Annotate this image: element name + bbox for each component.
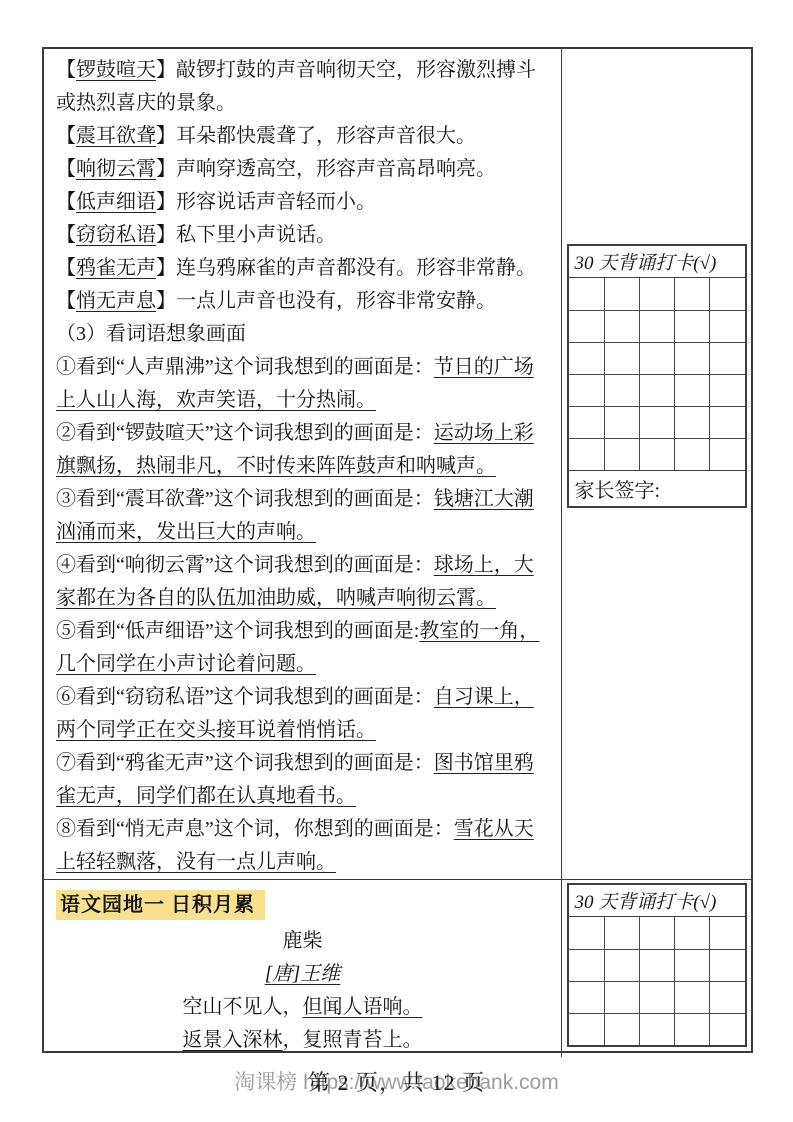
punch-cell: [604, 1013, 639, 1045]
vocab-content: 【锣鼓喧天】敲锣打鼓的声音响彻天空，形容激烈搏斗或热烈喜庆的景象。【震耳欲聋】耳…: [44, 49, 561, 879]
punch-cell: [674, 342, 709, 374]
punch-card-1: 30 天背诵打卡(√) 家长签字:: [567, 244, 747, 508]
punch-cell: [709, 310, 744, 342]
exercise-item: ⑦看到“鸦雀无声”这个词我想到的画面是：图书馆里鸦雀无声，同学们都在认真地看书。: [56, 747, 549, 813]
punch-cell: [569, 917, 604, 949]
section-heading: 语文园地一 日积月累: [56, 890, 265, 920]
definition-text: 形容说话声音轻而小。: [176, 191, 376, 213]
definition-term: 震耳欲聋: [76, 125, 156, 147]
definition-term: 窃窃私语: [76, 224, 156, 246]
poem-author: [唐]王维: [56, 958, 549, 991]
punch-column-1: 30 天背诵打卡(√) 家长签字:: [561, 49, 751, 879]
exercise-item: ⑧看到“悄无声息”这个词，你想到的画面是：雪花从天上轻轻飘落，没有一点儿声响。: [56, 813, 549, 879]
punch-cell: [569, 438, 604, 470]
bracket-close: 】: [156, 290, 176, 312]
exercise-item-prompt: ⑦看到“鸦雀无声”这个词我想到的画面是：: [56, 752, 434, 774]
punch-cell: [604, 949, 639, 981]
punch-cell: [639, 310, 674, 342]
exercise-item-prompt: ⑤看到“低声细语”这个词我想到的画面是:: [56, 620, 419, 642]
exercise-item-prompt: ④看到“响彻云霄”这个词我想到的画面是：: [56, 554, 434, 576]
punch-cell: [674, 406, 709, 438]
punch-card-title: 30 天背诵打卡(√): [569, 885, 745, 917]
definition-term: 锣鼓喧天: [76, 59, 156, 81]
definition-term: 低声细语: [76, 191, 156, 213]
exercise-item-prompt: ⑧看到“悄无声息”这个词，你想到的画面是：: [56, 818, 454, 840]
bracket-close: 】: [156, 191, 176, 213]
punch-cell: [569, 374, 604, 406]
punch-cell: [674, 917, 709, 949]
punch-cell: [709, 981, 744, 1013]
bracket-close: 】: [156, 158, 176, 180]
punch-cell: [569, 1013, 604, 1045]
punch-cell: [569, 310, 604, 342]
punch-cell: [709, 342, 744, 374]
punch-card-2: 30 天背诵打卡(√): [567, 883, 747, 1047]
punch-cell: [569, 278, 604, 310]
worksheet-table: 【锣鼓喧天】敲锣打鼓的声音响彻天空，形容激烈搏斗或热烈喜庆的景象。【震耳欲聋】耳…: [42, 47, 753, 1053]
punch-cell: [639, 278, 674, 310]
vocab-row: 【锣鼓喧天】敲锣打鼓的声音响彻天空，形容激烈搏斗或热烈喜庆的景象。【震耳欲聋】耳…: [44, 49, 751, 879]
bracket-close: 】: [156, 257, 176, 279]
punch-cell: [604, 342, 639, 374]
punch-cell: [674, 438, 709, 470]
punch-cell: [709, 1013, 744, 1045]
definition-term: 鸦雀无声: [76, 257, 156, 279]
section-heading-row: 语文园地一 日积月累: [56, 887, 549, 925]
punch-cell: [604, 917, 639, 949]
poem-line-1: 空山不见人，但闻人语响。: [56, 991, 549, 1024]
poem-line-2: 返景入深林，复照青苔上。: [56, 1024, 549, 1057]
punch-cell: [709, 406, 744, 438]
punch-cell: [674, 1013, 709, 1045]
bracket-open: 【: [56, 59, 76, 81]
page-number: 第 2 页，共 12 页: [0, 1066, 793, 1097]
punch-cell: [674, 310, 709, 342]
punch-cell: [639, 438, 674, 470]
bracket-close: 】: [156, 224, 176, 246]
poem-line-2-underlined: 返景入深林: [183, 1029, 283, 1051]
punch-cell: [604, 981, 639, 1013]
definition-text: 耳朵都快震聋了，形容声音很大。: [176, 125, 476, 147]
exercise-item-prompt: ⑥看到“窃窃私语”这个词我想到的画面是：: [56, 686, 434, 708]
punch-card-title: 30 天背诵打卡(√): [569, 246, 745, 278]
definition-text: 声响穿透高空，形容声音高昂响亮。: [176, 158, 496, 180]
punch-cell: [639, 406, 674, 438]
bracket-open: 【: [56, 158, 76, 180]
bracket-close: 】: [156, 59, 176, 81]
exercise-heading: （3）看词语想象画面: [56, 318, 549, 351]
bracket-close: 】: [156, 125, 176, 147]
punch-cell: [639, 949, 674, 981]
punch-cell: [674, 278, 709, 310]
punch-cell: [639, 917, 674, 949]
bracket-open: 【: [56, 191, 76, 213]
exercise-item-prompt: ③看到“震耳欲聋”这个词我想到的画面是：: [56, 488, 434, 510]
bracket-open: 【: [56, 224, 76, 246]
exercise-item: ②看到“锣鼓喧天”这个词我想到的画面是：运动场上彩旗飘扬，热闹非凡，不时传来阵阵…: [56, 417, 549, 483]
punch-cell: [604, 374, 639, 406]
punch-cell: [674, 949, 709, 981]
exercise-item-prompt: ②看到“锣鼓喧天”这个词我想到的画面是：: [56, 422, 434, 444]
definition-entry: 【悄无声息】一点儿声音也没有，形容非常安静。: [56, 285, 549, 318]
definition-entry: 【低声细语】形容说话声音轻而小。: [56, 186, 549, 219]
punch-cell: [569, 981, 604, 1013]
exercise-item: ③看到“震耳欲聋”这个词我想到的画面是：钱塘江大潮汹涌而来，发出巨大的声响。: [56, 483, 549, 549]
punch-column-2: 30 天背诵打卡(√): [561, 880, 751, 1057]
definition-entry: 【窃窃私语】私下里小声说话。: [56, 219, 549, 252]
definition-term: 悄无声息: [76, 290, 156, 312]
definition-text: 一点儿声音也没有，形容非常安静。: [176, 290, 496, 312]
punch-cell: [709, 949, 744, 981]
punch-cell: [569, 949, 604, 981]
definition-entry: 【震耳欲聋】耳朵都快震聋了，形容声音很大。: [56, 120, 549, 153]
punch-cell: [569, 406, 604, 438]
definition-entry: 【响彻云霄】声响穿透高空，形容声音高昂响亮。: [56, 153, 549, 186]
bracket-open: 【: [56, 290, 76, 312]
punch-cell: [569, 342, 604, 374]
punch-cell: [709, 438, 744, 470]
punch-cell: [604, 278, 639, 310]
poem-content: 语文园地一 日积月累 鹿柴 [唐]王维 空山不见人，但闻人语响。 返景入深林，复…: [44, 880, 561, 1057]
definition-text: 连乌鸦麻雀的声音都没有。形容非常静。: [176, 257, 536, 279]
bracket-open: 【: [56, 125, 76, 147]
definition-entry: 【锣鼓喧天】敲锣打鼓的声音响彻天空，形容激烈搏斗或热烈喜庆的景象。: [56, 54, 549, 120]
definition-entry: 【鸦雀无声】连乌鸦麻雀的声音都没有。形容非常静。: [56, 252, 549, 285]
punch-cell: [639, 1013, 674, 1045]
definitions-list: 【锣鼓喧天】敲锣打鼓的声音响彻天空，形容激烈搏斗或热烈喜庆的景象。【震耳欲聋】耳…: [56, 54, 549, 318]
punch-cell: [674, 374, 709, 406]
punch-cell: [639, 981, 674, 1013]
punch-cell: [639, 374, 674, 406]
punch-cell: [709, 278, 744, 310]
definition-text: 私下里小声说话。: [176, 224, 336, 246]
poem-line-1-plain: 空山不见人，: [183, 996, 303, 1018]
poem-line-1-underlined: 但闻人语响。: [303, 996, 423, 1018]
punch-cell: [639, 342, 674, 374]
exercise-item: ⑤看到“低声细语”这个词我想到的画面是:教室的一角，几个同学在小声讨论着问题。: [56, 615, 549, 681]
parent-signature-label: 家长签字:: [569, 470, 745, 506]
page-footer: 淘课榜 https://www.taokebank.com 第 2 页，共 12…: [0, 1064, 793, 1098]
punch-cell: [709, 374, 744, 406]
punch-cell: [709, 917, 744, 949]
punch-grid-1: [569, 278, 745, 470]
punch-cell: [604, 310, 639, 342]
poem-row: 语文园地一 日积月累 鹿柴 [唐]王维 空山不见人，但闻人语响。 返景入深林，复…: [44, 879, 751, 1057]
punch-grid-2: [569, 917, 745, 1045]
exercise-item: ④看到“响彻云霄”这个词我想到的画面是：球场上，大家都在为各自的队伍加油助威，呐…: [56, 549, 549, 615]
bracket-open: 【: [56, 257, 76, 279]
punch-cell: [604, 438, 639, 470]
definition-term: 响彻云霄: [76, 158, 156, 180]
poem-line-2-plain: ，复照青苔上。: [283, 1029, 423, 1051]
exercise-item: ⑥看到“窃窃私语”这个词我想到的画面是：自习课上，两个同学正在交头接耳说着悄悄话…: [56, 681, 549, 747]
punch-cell: [604, 406, 639, 438]
poem-title: 鹿柴: [56, 925, 549, 958]
exercise-item-prompt: ①看到“人声鼎沸”这个词我想到的画面是：: [56, 356, 434, 378]
exercise-list: ①看到“人声鼎沸”这个词我想到的画面是：节日的广场上人山人海，欢声笑语，十分热闹…: [56, 351, 549, 879]
exercise-item: ①看到“人声鼎沸”这个词我想到的画面是：节日的广场上人山人海，欢声笑语，十分热闹…: [56, 351, 549, 417]
punch-cell: [674, 981, 709, 1013]
